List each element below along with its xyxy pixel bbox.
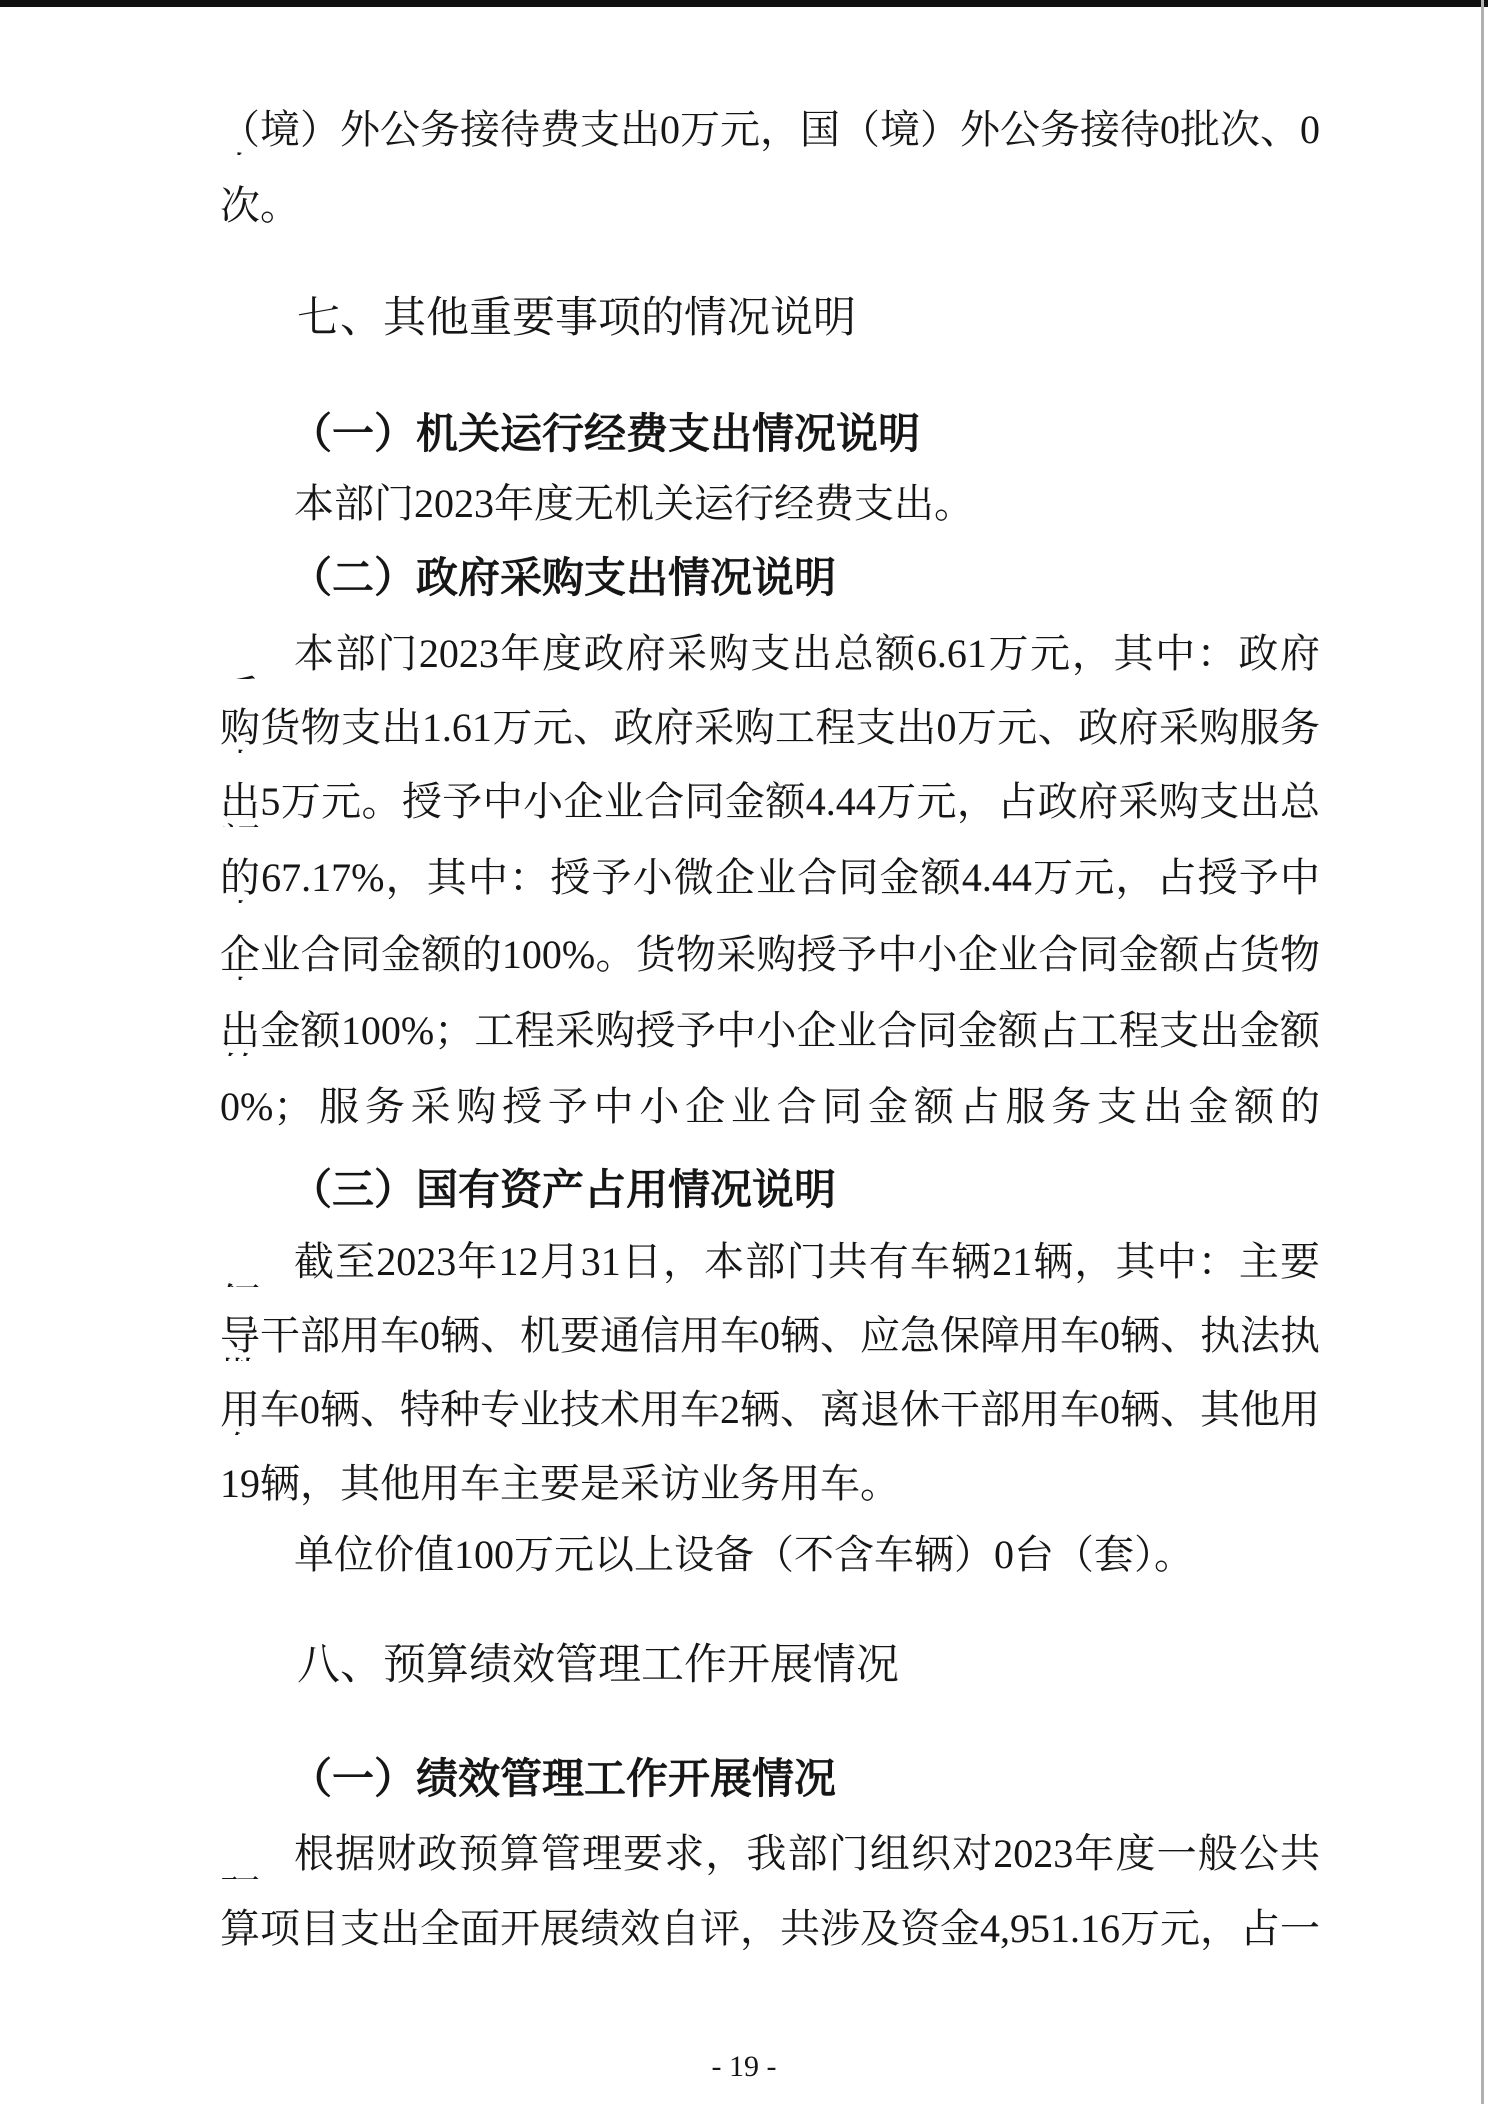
body-line: 本部门2023年度无机关运行经费支出。 (220, 483, 974, 525)
document-page: （境）外公务接待费支出0万元，国（境）外公务接待0批次、0人 次。 七、其他重要… (0, 0, 1488, 2104)
body-line: 出金额100%；工程采购授予中小企业合同金额占工程支出金额的 (220, 1010, 1320, 1056)
subsection-heading-one-b: （一）绩效管理工作开展情况 (290, 1757, 836, 1801)
body-line: 截至2023年12月31日，本部门共有车辆21辆，其中：主要领 (220, 1241, 1320, 1287)
body-line: 0%；服务采购授予中小企业合同金额占服务支出金额的56.60%。 (220, 1086, 1320, 1132)
body-line: 本部门2023年度政府采购支出总额6.61万元，其中：政府采 (220, 633, 1320, 679)
body-line: 用车0辆、特种专业技术用车2辆、离退休干部用车0辆、其他用车 (220, 1389, 1320, 1435)
scan-top-edge-bar (0, 0, 1488, 7)
body-line: 19辆，其他用车主要是采访业务用车。 (220, 1463, 900, 1505)
body-line: 购货物支出1.61万元、政府采购工程支出0万元、政府采购服务支 (220, 707, 1320, 753)
body-line: 次。 (220, 185, 300, 227)
subsection-heading-one: （一）机关运行经费支出情况说明 (290, 412, 920, 456)
body-line: 根据财政预算管理要求，我部门组织对2023年度一般公共预 (220, 1833, 1320, 1879)
subsection-heading-two: （二）政府采购支出情况说明 (290, 556, 836, 600)
body-line: 企业合同金额的100%。货物采购授予中小企业合同金额占货物支 (220, 934, 1320, 980)
body-line: 算项目支出全面开展绩效自评，共涉及资金4,951.16万元，占一 (220, 1908, 1320, 1950)
scan-right-edge-line (1481, 0, 1484, 2104)
section-heading-eight: 八、预算绩效管理工作开展情况 (297, 1643, 899, 1688)
body-line: 出5万元。授予中小企业合同金额4.44万元，占政府采购支出总额 (220, 781, 1320, 827)
body-line: 的67.17%，其中：授予小微企业合同金额4.44万元，占授予中小 (220, 857, 1320, 903)
body-line-continued: （境）外公务接待费支出0万元，国（境）外公务接待0批次、0人 (220, 109, 1320, 155)
body-line: 单位价值100万元以上设备（不含车辆）0台（套）。 (220, 1534, 1194, 1576)
body-line: 导干部用车0辆、机要通信用车0辆、应急保障用车0辆、执法执勤 (220, 1315, 1320, 1361)
page-number: - 19 - (0, 2050, 1488, 2084)
section-heading-seven: 七、其他重要事项的情况说明 (297, 296, 856, 341)
subsection-heading-three: （三）国有资产占用情况说明 (290, 1168, 836, 1212)
